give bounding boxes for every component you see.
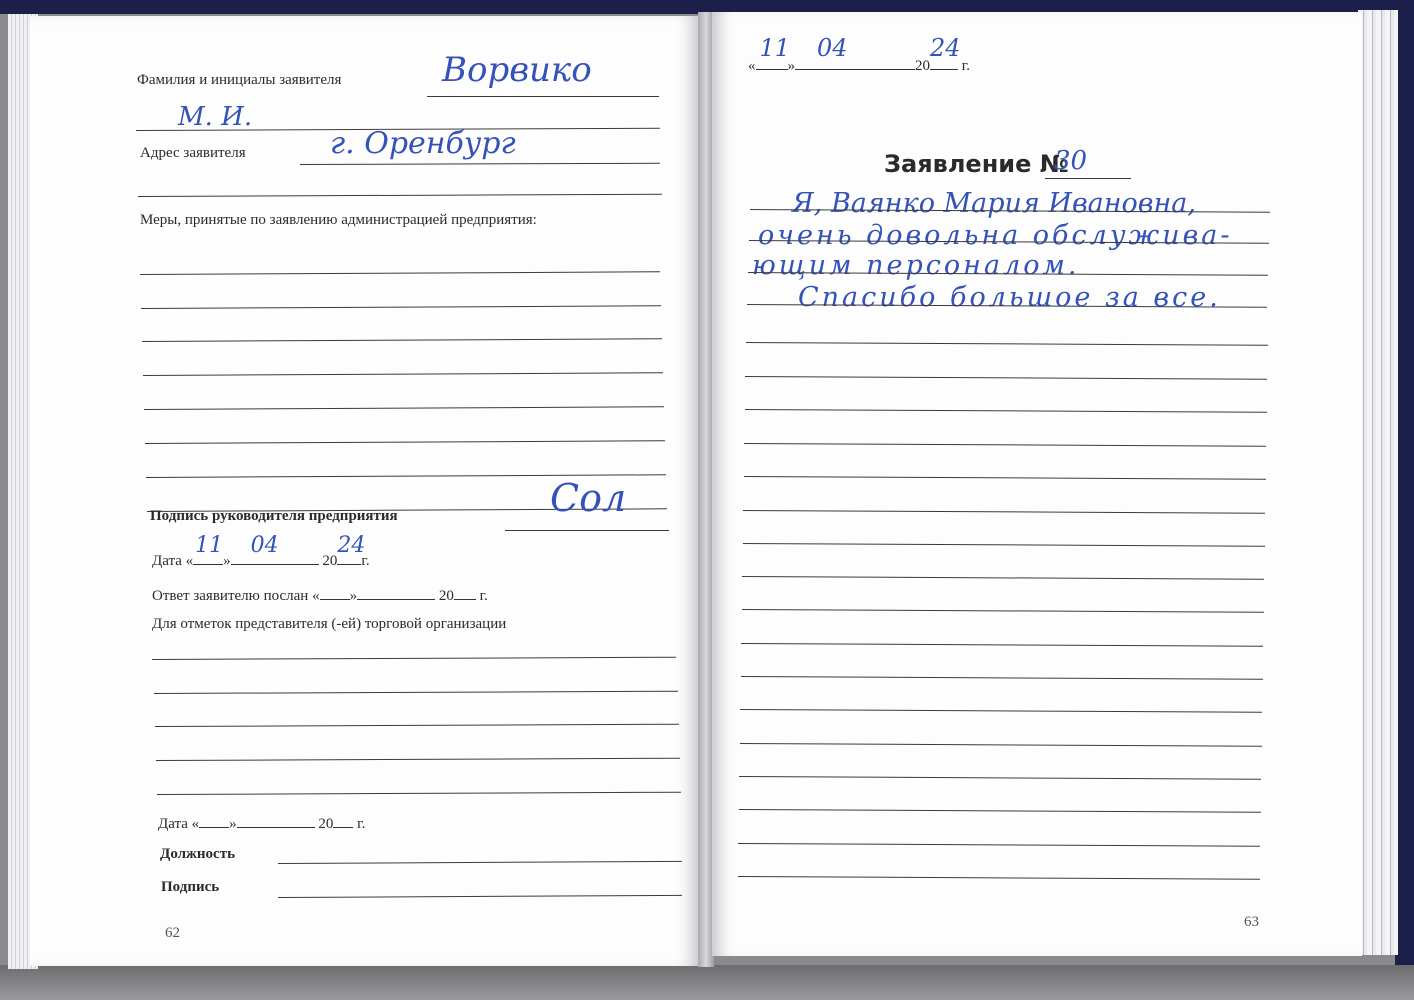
rep-notes-label: Для отметок представителя (-ей) торговой… [152, 616, 506, 633]
statement-date-year-mark: г. [962, 58, 970, 74]
statement-line[interactable] [740, 709, 1262, 713]
statement-line[interactable] [742, 609, 1264, 613]
measures-line[interactable] [141, 305, 661, 309]
measures-line[interactable] [145, 440, 665, 444]
statement-line[interactable] [744, 443, 1266, 447]
date-year-prefix: 20 [322, 553, 337, 569]
applicant-name-value[interactable]: Ворвико [442, 50, 592, 90]
statement-date-row: «11»042024 г. [748, 54, 970, 75]
rep-date-year-mark: г. [357, 816, 365, 832]
statement-number-value[interactable]: 30 [1054, 146, 1087, 176]
statement-date-year-value: 24 [930, 34, 961, 62]
scanner-background [0, 965, 1414, 1000]
statement-line[interactable] [744, 476, 1266, 480]
applicant-address-line-2 [138, 194, 662, 197]
statement-date-day-field[interactable]: 11 [756, 54, 788, 70]
applicant-name-label: Фамилия и инициалы заявителя [137, 72, 341, 89]
statement-date-month-value: 04 [817, 34, 848, 62]
date-month-value: 04 [251, 533, 279, 558]
statement-text-line[interactable]: Я, Ваянко Мария Ивановна, [792, 188, 1196, 219]
date-day-value: 11 [195, 533, 223, 558]
statement-line[interactable] [745, 376, 1267, 380]
left-page: Фамилия и инициалы заявителя Ворвико М. … [30, 16, 702, 966]
rep-notes-line[interactable] [154, 691, 678, 694]
statement-text-line[interactable]: ющим персоналом. [752, 250, 1079, 281]
date-day-field[interactable]: 11 [193, 549, 223, 565]
statement-title: Заявление № [884, 150, 1069, 178]
right-page: «11»042024 г. Заявление № 30 Я, Ваянко М… [712, 12, 1362, 956]
manager-signature-line [505, 530, 669, 531]
manager-signature-label: Подпись руководителя предприятия [150, 508, 398, 525]
statement-date-year-field[interactable]: 24 [930, 54, 958, 70]
reply-month-field[interactable] [357, 584, 435, 600]
statement-line[interactable] [742, 576, 1264, 580]
reply-sent-label: Ответ заявителю послан [152, 588, 308, 604]
statement-line[interactable] [741, 643, 1263, 647]
rep-notes-line[interactable] [157, 792, 681, 795]
statement-line[interactable] [743, 543, 1265, 547]
rep-date-label: Дата [158, 816, 188, 832]
statement-line[interactable] [740, 743, 1262, 747]
statement-text-line[interactable]: Спасибо большое за все. [798, 282, 1221, 313]
applicant-address-value[interactable]: г. Оренбург [330, 126, 516, 161]
statement-line[interactable] [745, 409, 1267, 413]
applicant-initials-value[interactable]: М. И. [178, 102, 252, 132]
page-number-left: 62 [165, 925, 180, 942]
rep-notes-line[interactable] [156, 758, 680, 761]
applicant-name-line [427, 96, 659, 97]
applicant-address-line [300, 163, 660, 165]
statement-line[interactable] [741, 676, 1263, 680]
measures-line[interactable] [140, 271, 660, 275]
manager-signature-value[interactable]: Сол [550, 476, 626, 520]
date-label: Дата [152, 553, 182, 569]
measures-line[interactable] [144, 406, 664, 410]
position-label: Должность [160, 846, 235, 863]
statement-date-year-prefix: 20 [915, 58, 930, 74]
statement-line[interactable] [739, 809, 1261, 813]
page-stack-right [1358, 10, 1398, 955]
statement-line[interactable] [738, 843, 1260, 847]
approval-date-row: Дата «11»04 2024г. [152, 549, 370, 570]
rep-date-row: Дата «» 20 г. [158, 812, 365, 833]
signature-label: Подпись [161, 879, 219, 896]
reply-year-prefix: 20 [439, 588, 454, 604]
statement-line[interactable] [739, 776, 1261, 780]
rep-date-year-prefix: 20 [318, 816, 333, 832]
reply-day-field[interactable] [320, 584, 350, 600]
position-line[interactable] [278, 861, 682, 864]
date-month-field[interactable]: 04 [231, 549, 319, 565]
page-number-right: 63 [1244, 914, 1259, 931]
statement-line[interactable] [738, 876, 1260, 880]
rep-notes-line[interactable] [152, 657, 676, 660]
reply-year-mark: г. [480, 588, 488, 604]
statement-date-day-value: 11 [760, 34, 791, 62]
measures-line[interactable] [143, 372, 663, 376]
rep-date-day-field[interactable] [199, 812, 229, 828]
statement-number-line [1045, 178, 1131, 179]
measures-label: Меры, принятые по заявлению администраци… [140, 212, 537, 229]
measures-line[interactable] [142, 338, 662, 342]
reply-year-field[interactable] [454, 584, 476, 600]
date-year-value: 24 [337, 533, 365, 558]
rep-date-month-field[interactable] [237, 812, 315, 828]
date-year-field[interactable]: 24 [337, 549, 361, 565]
statement-text-line[interactable]: очень довольна обслужива- [758, 220, 1233, 251]
reply-sent-row: Ответ заявителю послан «» 20 г. [152, 584, 488, 605]
rep-date-year-field[interactable] [333, 812, 353, 828]
statement-date-month-field[interactable]: 04 [795, 54, 915, 70]
signature-line[interactable] [278, 895, 682, 898]
statement-line[interactable] [746, 342, 1268, 346]
applicant-address-label: Адрес заявителя [140, 145, 246, 162]
rep-notes-line[interactable] [155, 724, 679, 727]
statement-line[interactable] [743, 510, 1265, 514]
